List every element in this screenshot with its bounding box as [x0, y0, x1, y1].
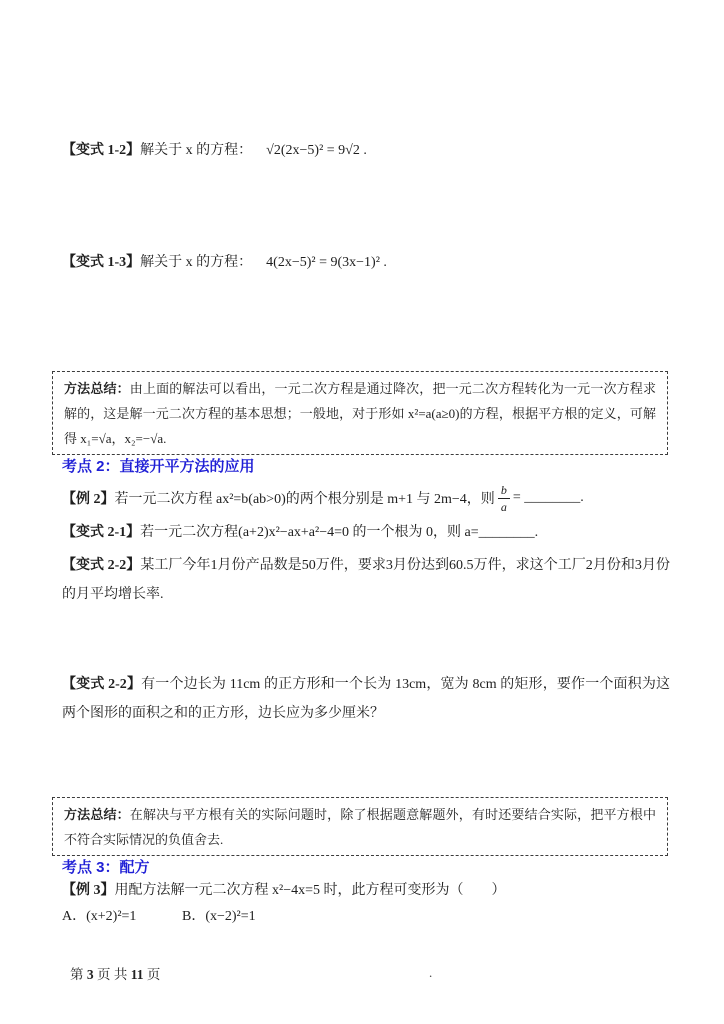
summary-label: 方法总结： [64, 807, 130, 822]
equation: √2(2x−5)² = 9√2 . [266, 143, 367, 158]
footer-page-number: 3 [87, 967, 94, 982]
footer-text: 第 [70, 967, 87, 982]
footer-text: 页 共 [94, 967, 131, 982]
problem-example-3: 【例 3】用配方法解一元二次方程 x²−4x=5 时，此方程可变形为（ ） [62, 881, 506, 901]
problem-text: 某工厂今年1月份产品数是50万件，要求3月份达到60.5万件，求这个工厂2月份和… [62, 558, 670, 602]
footer-total-pages: 11 [131, 967, 144, 982]
fraction-numerator: b [498, 484, 510, 499]
stray-period-mark: . [429, 965, 432, 981]
worksheet-page: 【变式 1-2】解关于 x 的方程：√2(2x−5)² = 9√2 . 【变式 … [0, 0, 724, 1024]
problem-label: 【变式 2-1】 [62, 525, 140, 540]
problem-label: 【变式 1-2】 [62, 143, 140, 158]
method-summary-box-2: 方法总结：在解决与平方根有关的实际问题时，除了根据题意解题外，有时还要结合实际，… [52, 797, 668, 856]
problem-text: 若一元二次方程(a+2)x²−ax+a²−4=0 的一个根为 0，则 a=___… [140, 525, 538, 540]
summary-label: 方法总结： [64, 381, 130, 396]
problem-prompt: 解关于 x 的方程： [140, 143, 252, 158]
fraction-denominator: a [498, 499, 510, 513]
problem-label: 【例 2】 [62, 488, 115, 508]
page-footer: 第 3 页 共 11 页 [70, 963, 160, 983]
summary-text: 在解决与平方根有关的实际问题时，除了根据题意解题外，有时还要结合实际，把平方根中… [64, 807, 656, 847]
footer-text: 页 [144, 967, 161, 982]
section-heading-kaodian-2: 考点 2：直接开平方法的应用 [62, 455, 255, 476]
problem-example-2: 【例 2】若一元二次方程 ax²=b(ab>0)的两个根分别是 m+1 与 2m… [62, 482, 584, 514]
problem-variation-2-2-square: 【变式 2-2】有一个边长为 11cm 的正方形和一个长为 13cm，宽为 8c… [62, 670, 670, 728]
equation: 4(2x−5)² = 9(3x−1)² . [266, 255, 387, 270]
problem-label: 【变式 2-2】 [62, 558, 140, 573]
problem-variation-2-1: 【变式 2-1】若一元二次方程(a+2)x²−ax+a²−4=0 的一个根为 0… [62, 523, 538, 543]
problem-variation-2-2-factory: 【变式 2-2】某工厂今年1月份产品数是50万件，要求3月份达到60.5万件，求… [62, 551, 670, 609]
option-b: B．(x−2)²=1 [182, 907, 256, 927]
problem-label: 【变式 2-2】 [62, 677, 141, 692]
summary-text: 由上面的解法可以看出，一元二次方程是通过降次，把一元二次方程转化为一元一次方程求… [64, 381, 656, 446]
problem-variation-1-3: 【变式 1-3】解关于 x 的方程：4(2x−5)² = 9(3x−1)² . [62, 253, 387, 273]
fraction-b-over-a: ba [498, 484, 510, 513]
problem-text: 用配方法解一元二次方程 x²−4x=5 时，此方程可变形为（ ） [115, 883, 506, 898]
problem-label: 【例 3】 [62, 883, 115, 898]
problem-text: 有一个边长为 11cm 的正方形和一个长为 13cm，宽为 8cm 的矩形，要作… [62, 677, 670, 721]
problem-text: 若一元二次方程 ax²=b(ab>0)的两个根分别是 m+1 与 2m−4，则 [115, 488, 495, 508]
problem-label: 【变式 1-3】 [62, 255, 140, 270]
problem-prompt: 解关于 x 的方程： [140, 255, 252, 270]
option-a: A．(x+2)²=1 [62, 907, 136, 927]
section-heading-kaodian-3: 考点 3：配方 [62, 856, 150, 877]
method-summary-box-1: 方法总结：由上面的解法可以看出，一元二次方程是通过降次，把一元二次方程转化为一元… [52, 371, 668, 455]
problem-variation-1-2: 【变式 1-2】解关于 x 的方程：√2(2x−5)² = 9√2 . [62, 141, 367, 161]
answer-blank: = ________. [513, 490, 584, 506]
